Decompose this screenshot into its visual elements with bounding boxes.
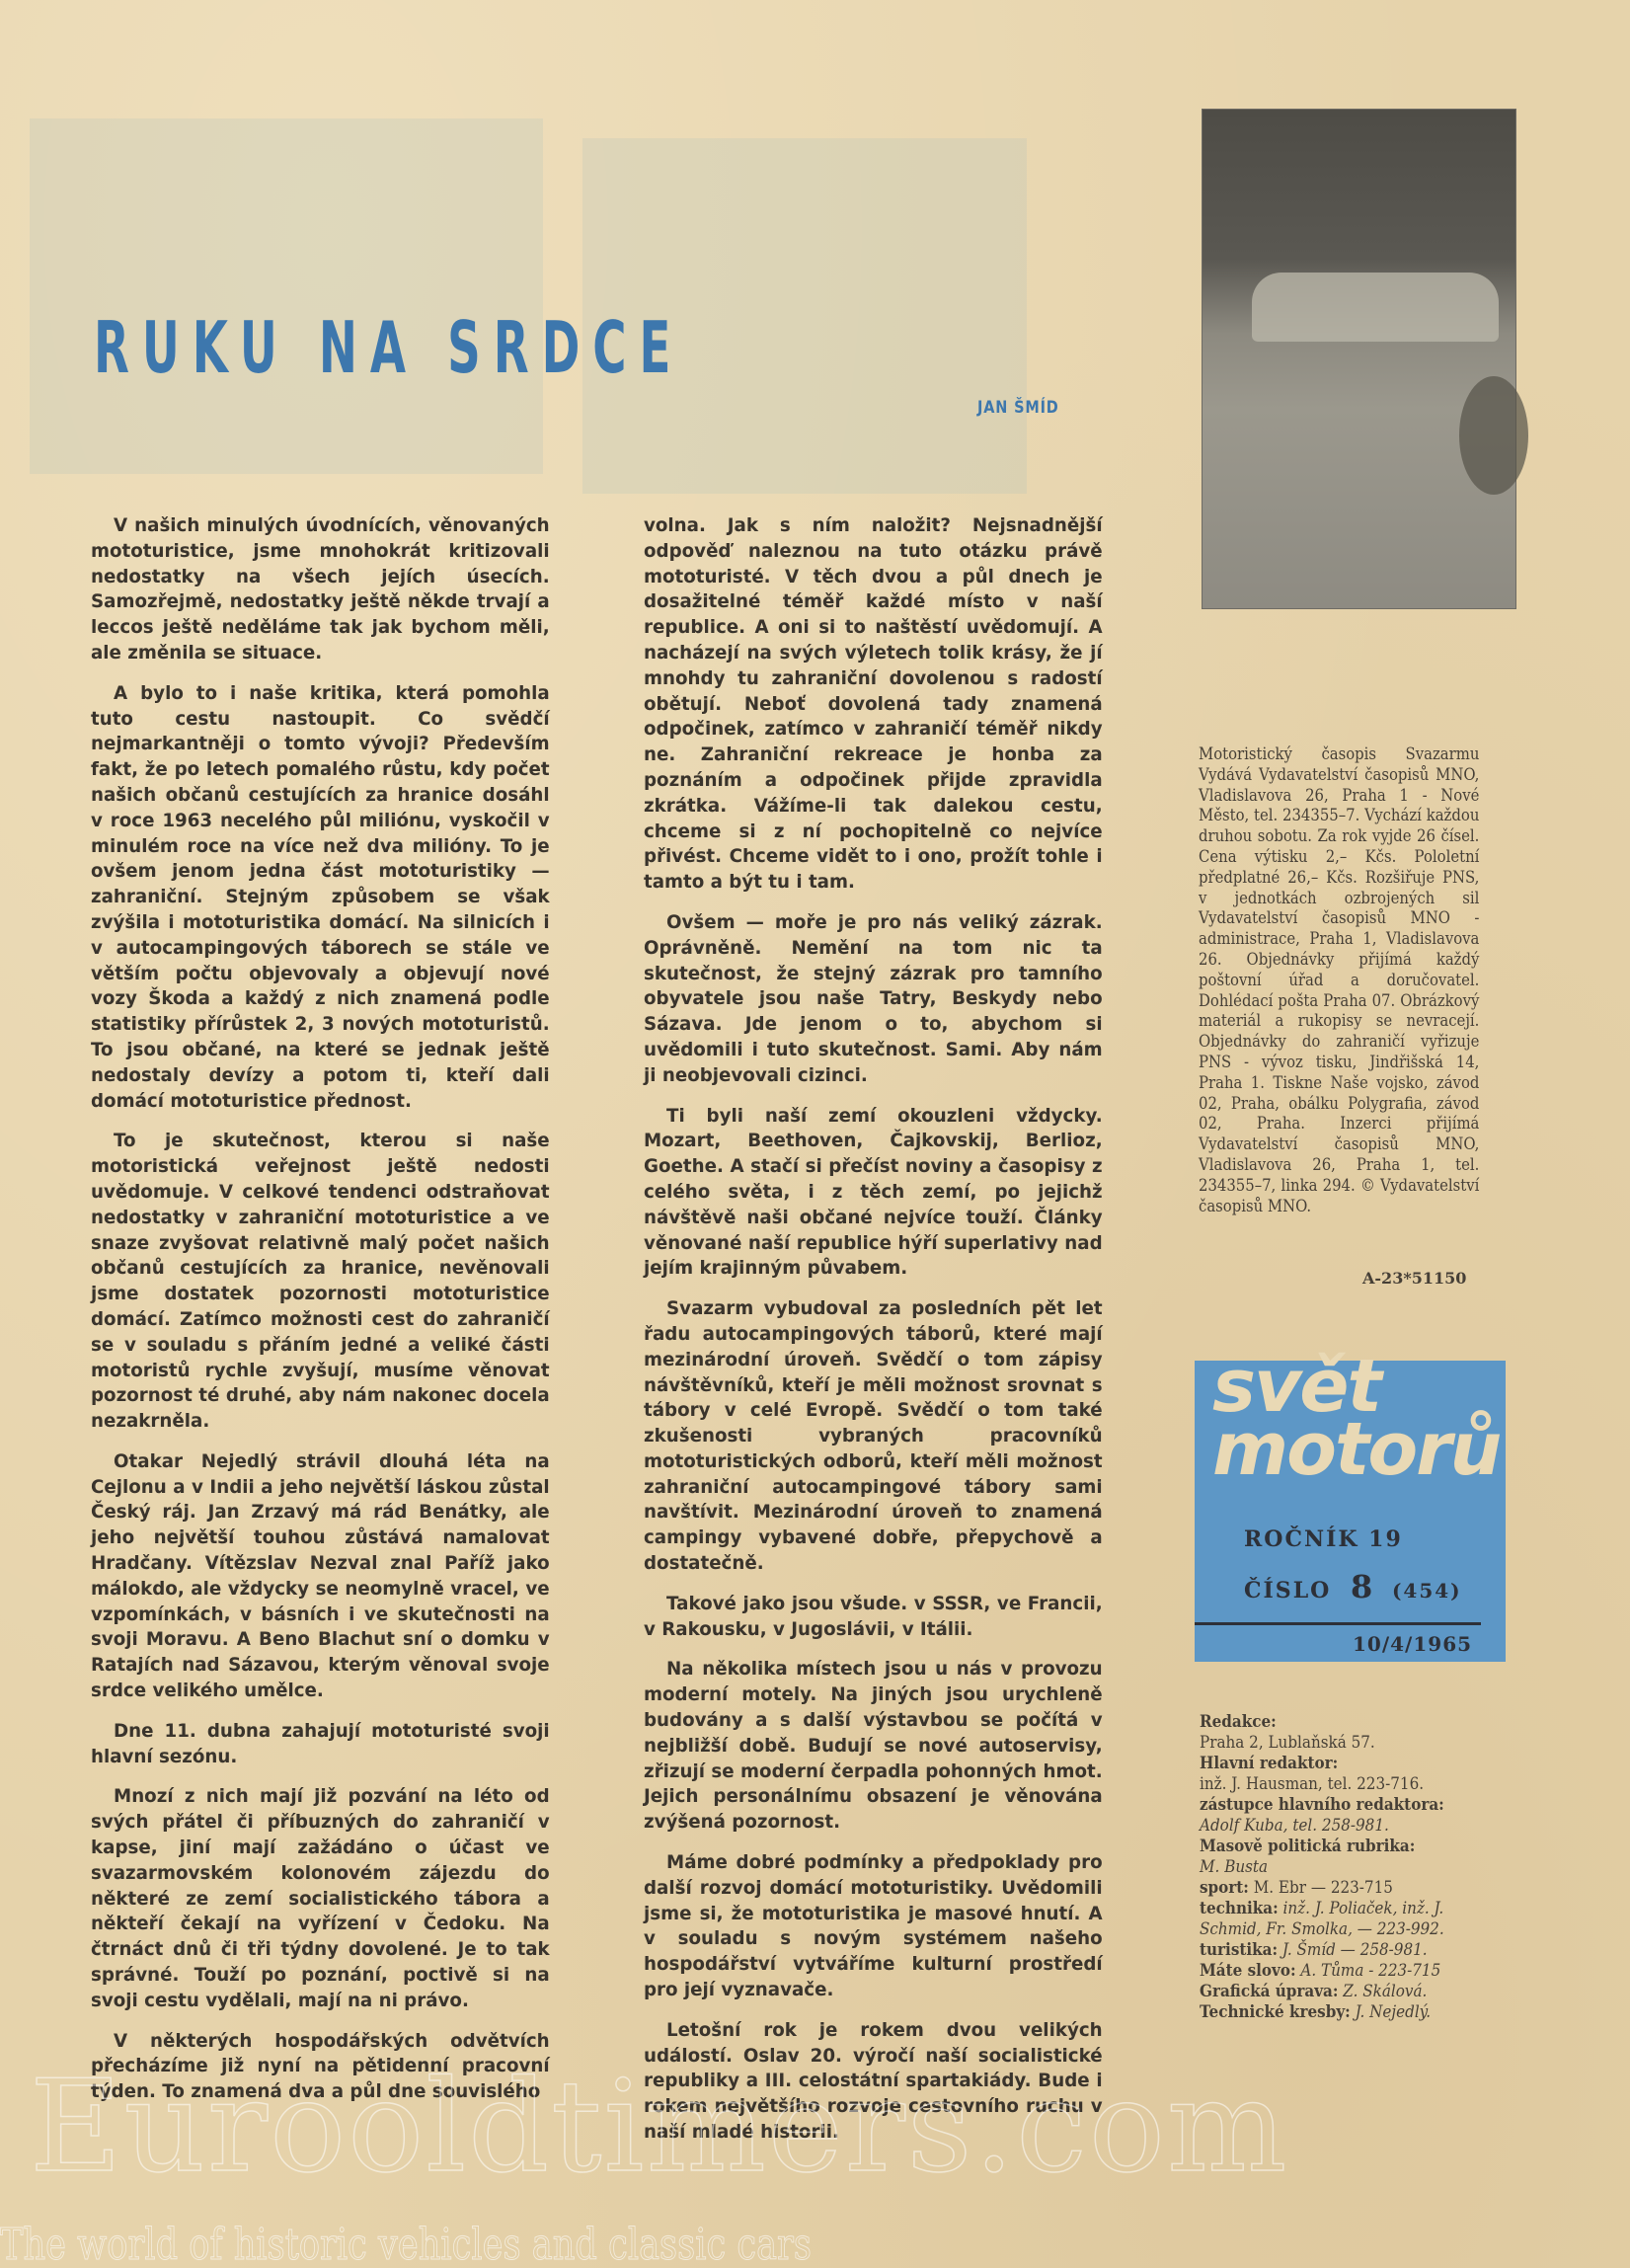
paragraph: Ovšem — moře je pro nás veliký zázrak. O…: [644, 910, 1103, 1089]
staff-row: technika: inž. J. Poliaček, inž. J. Schm…: [1200, 1898, 1500, 1939]
magazine-masthead: svět motorů ROČNÍK 19 ČÍSLO 8 (454) 10/4…: [1195, 1361, 1506, 1662]
issue-date: 10/4/1965: [1353, 1632, 1472, 1656]
magazine-logo: svět motorů: [1212, 1355, 1500, 1481]
paragraph: A bylo to i naše kritika, která pomohla …: [91, 681, 550, 1115]
paragraph: Takové jako jsou všude. v SSSR, ve Franc…: [644, 1592, 1103, 1643]
article-column-2: volna. Jak s ním naložit? Nejsnadnější o…: [644, 513, 1103, 2160]
imprint-code: A-23*51150: [1362, 1269, 1466, 1288]
editorial-staff-box: Redakce:Praha 2, Lublaňská 57. Hlavní re…: [1200, 1711, 1500, 2022]
article-column-1: V našich minulých úvodnících, věnovaných…: [91, 513, 550, 2120]
article-author: JAN ŠMÍD: [977, 398, 1059, 418]
issue-line: ČÍSLO 8 (454): [1244, 1568, 1462, 1605]
staff-row: Máte slovo: A. Tůma - 223-715: [1200, 1960, 1500, 1981]
staff-row: Masově politická rubrika:M. Busta: [1200, 1836, 1500, 1877]
paragraph: Otakar Nejedlý strávil dlouhá léta na Ce…: [91, 1449, 550, 1704]
bleed-through-block: [30, 118, 543, 474]
volume-label: ROČNÍK 19: [1244, 1526, 1403, 1552]
masthead-divider: [1195, 1622, 1481, 1625]
paragraph: Na několika místech jsou u nás v provozu…: [644, 1657, 1103, 1836]
publisher-imprint: Motoristický časopis Svazarmu Vydává Vyd…: [1199, 744, 1479, 1216]
article-title: RUKU NA SRDCE: [94, 306, 683, 389]
paragraph: V našich minulých úvodnících, věnovaných…: [91, 513, 550, 666]
issue-label: ČÍSLO: [1244, 1578, 1331, 1603]
staff-row: turistika: J. Šmíd — 258-981.: [1200, 1939, 1500, 1960]
car-shape: [1252, 273, 1499, 342]
paragraph: Dne 11. dubna zahajují mototuristé svoji…: [91, 1719, 550, 1770]
paragraph: Mnozí z nich mají již pozvání na léto od…: [91, 1784, 550, 2013]
paragraph: volna. Jak s ním naložit? Nejsnadnější o…: [644, 513, 1103, 896]
staff-row: Technické kresby: J. Nejedlý.: [1200, 2001, 1500, 2022]
wheel-shape: [1459, 376, 1528, 495]
staff-row: Grafická úprava: Z. Skálová.: [1200, 1981, 1500, 2001]
paragraph: To je skutečnost, kterou si naše motoris…: [91, 1129, 550, 1435]
paragraph: Máme dobré podmínky a předpoklady pro da…: [644, 1850, 1103, 2003]
staff-row: sport: M. Ebr — 223-715: [1200, 1877, 1500, 1898]
paragraph: Svazarm vybudoval za posledních pět let …: [644, 1296, 1103, 1577]
issue-total: (454): [1392, 1579, 1462, 1603]
paragraph: Ti byli naší zemí okouzleni vždycky. Moz…: [644, 1104, 1103, 1283]
halftone-photo: [1202, 109, 1516, 609]
watermark-logo: Eurooldtimers.com: [30, 2069, 1288, 2187]
staff-row: zástupce hlavního redaktora:Adolf Kuba, …: [1200, 1794, 1500, 1836]
staff-row: Hlavní redaktor:inž. J. Hausman, tel. 22…: [1200, 1753, 1500, 1794]
staff-row: Redakce:Praha 2, Lublaňská 57.: [1200, 1711, 1500, 1753]
issue-number: 8: [1351, 1568, 1374, 1605]
watermark-tagline: The world of historic vehicles and class…: [0, 2220, 812, 2268]
